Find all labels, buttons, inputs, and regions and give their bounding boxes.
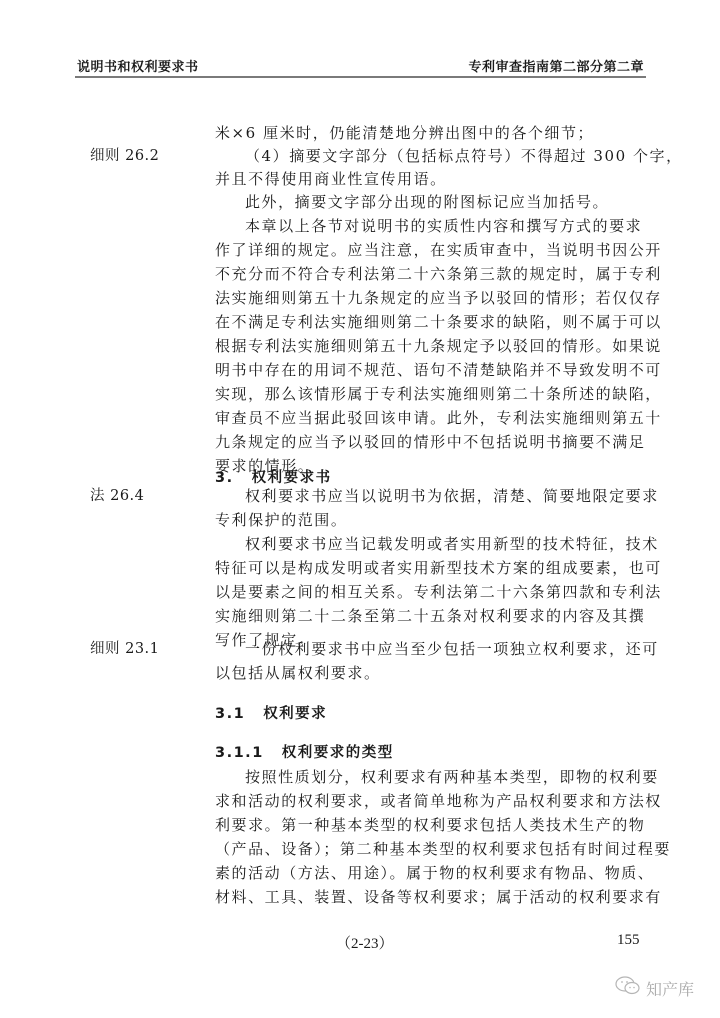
body-line: 实施细则第二十二条至第二十五条对权利要求的内容及其撰 — [215, 605, 647, 627]
body-line: 专利保护的范围。 — [215, 509, 647, 531]
margin-note: 法 26.4 — [90, 485, 144, 507]
body-line: 权利要求书应当记载发明或者实用新型的技术特征，技术 — [215, 533, 647, 555]
body-line: 一份权利要求书中应当至少包括一项独立权利要求，还可 — [215, 638, 647, 660]
watermark-text: 知产库 — [646, 977, 694, 1000]
body-line: 实现，那么该情形属于专利法实施细则第二十条所述的缺陷， — [215, 383, 647, 405]
body-line: （4）摘要文字部分（包括标点符号）不得超过 300 个字， — [215, 145, 647, 167]
section-number: 3.1.1 — [215, 742, 264, 764]
body-line: 米×6 厘米时，仍能清楚地分辨出图中的各个细节； — [215, 122, 647, 144]
margin-note: 细则 23.1 — [90, 638, 159, 660]
body-line: 作了详细的规定。应当注意，在实质审查中，当说明书因公开 — [215, 239, 647, 261]
section-heading: 3.1.1权利要求的类型 — [215, 742, 394, 764]
body-line: 特征可以是构成发明或者实用新型技术方案的组成要素，也可 — [215, 557, 647, 579]
body-line: 按照性质划分，权利要求有两种基本类型，即物的权利要 — [215, 766, 647, 788]
wechat-icon — [614, 975, 646, 1001]
body-line: 本章以上各节对说明书的实质性内容和撰写方式的要求 — [215, 215, 647, 237]
section-heading: 3.1权利要求 — [215, 703, 327, 725]
body-line: （产品、设备）；第二种基本类型的权利要求包括有时间过程要 — [215, 838, 647, 860]
section-title: 权利要求 — [263, 706, 327, 722]
margin-note: 细则 26.2 — [90, 145, 159, 167]
section-code: （2-23） — [336, 932, 394, 953]
body-line: 以包括从属权利要求。 — [215, 662, 647, 684]
running-header: 说明书和权利要求书 专利审查指南第二部分第二章 — [75, 54, 646, 78]
body-line: 在不满足专利法实施细则第二十条要求的缺陷，则不属于可以 — [215, 311, 647, 333]
body-line: 求和活动的权利要求，或者简单地称为产品权利要求和方法权 — [215, 790, 647, 812]
watermark: 知产库 — [614, 975, 694, 1001]
body-line: 根据专利法实施细则第五十九条规定予以驳回的情形。如果说 — [215, 335, 647, 357]
body-line: 利要求。第一种基本类型的权利要求包括人类技术生产的物 — [215, 814, 647, 836]
body-line: 材料、工具、装置、设备等权利要求；属于活动的权利要求有 — [215, 886, 647, 908]
body-line: 此外，摘要文字部分出现的附图标记应当加括号。 — [215, 191, 647, 213]
header-left-title: 说明书和权利要求书 — [77, 56, 199, 75]
header-right-title: 专利审查指南第二部分第二章 — [468, 56, 644, 75]
body-line: 法实施细则第五十九条规定的应当予以驳回的情形；若仅仅存 — [215, 287, 647, 309]
page-number: 155 — [617, 932, 640, 949]
section-number: 3.1 — [215, 703, 245, 725]
section-title: 权利要求的类型 — [282, 745, 394, 761]
body-line: 素的活动（方法、用途）。属于物的权利要求有物品、物质、 — [215, 862, 647, 884]
body-line: 以是要素之间的相互关系。专利法第二十六条第四款和专利法 — [215, 581, 647, 603]
body-line: 并且不得使用商业性宣传用语。 — [215, 168, 647, 190]
section-title: 权利要求书 — [252, 470, 332, 486]
body-line: 审查员不应当据此驳回该申请。此外，专利法实施细则第五十 — [215, 407, 647, 429]
body-line: 明书中存在的用词不规范、语句不清楚缺陷并不导致发明不可 — [215, 359, 647, 381]
body-line: 不充分而不符合专利法第二十六条第三款的规定时，属于专利 — [215, 263, 647, 285]
body-line: 九条规定的应当予以驳回的情形中不包括说明书摘要不满足 — [215, 431, 647, 453]
body-line: 权利要求书应当以说明书为依据，清楚、简要地限定要求 — [215, 485, 647, 507]
